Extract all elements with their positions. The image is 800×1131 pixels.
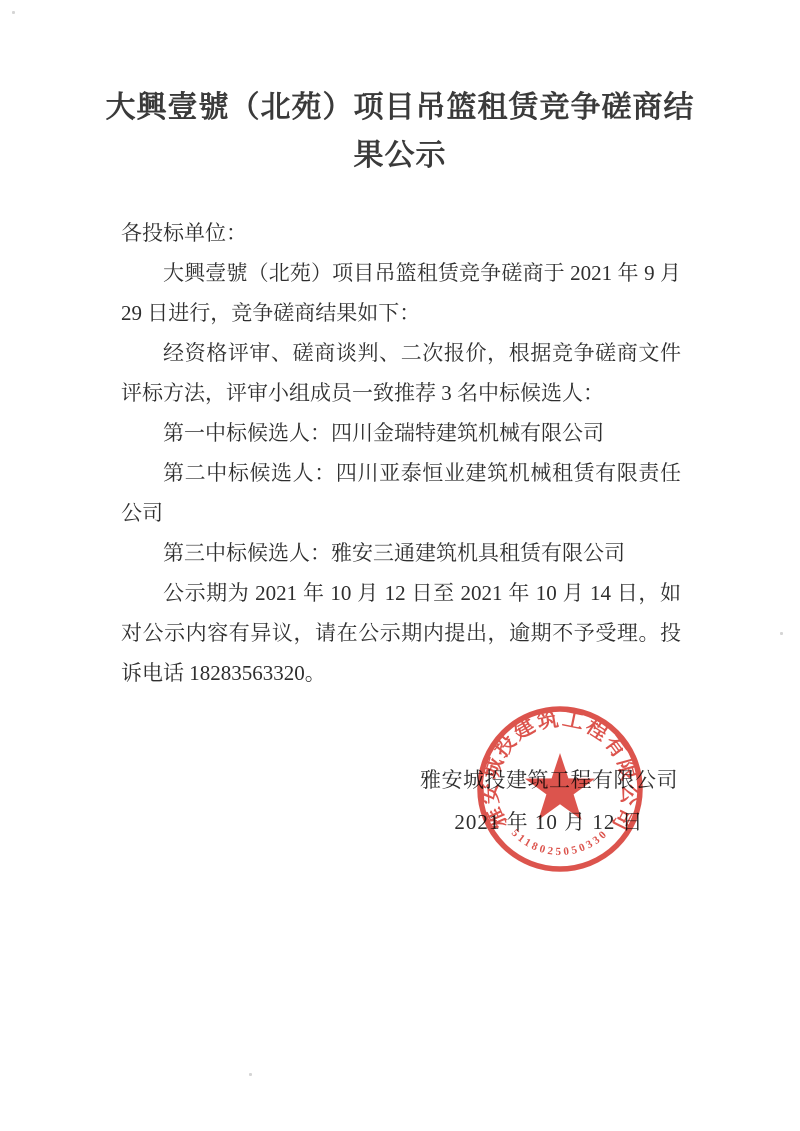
paragraph-candidate-1: 第一中标候选人：四川金瑞特建筑机械有限公司 [121,413,681,453]
scan-speck [780,632,783,635]
document-body: 各投标单位： 大興壹號（北苑）项目吊篮租赁竞争磋商于 2021 年 9 月 29… [121,213,681,693]
document-page: 大興壹號（北苑）项目吊篮租赁竞争磋商结 果公示 各投标单位： 大興壹號（北苑）项… [0,0,800,1131]
page-title-line1: 大興壹號（北苑）项目吊篮租赁竞争磋商结 [80,84,720,132]
paragraph-meeting-info: 大興壹號（北苑）项目吊篮租赁竞争磋商于 2021 年 9 月 29 日进行，竞争… [121,253,681,333]
page-title: 大興壹號（北苑）项目吊篮租赁竞争磋商结 果公示 [80,84,720,180]
signature-date: 2021 年 10 月 12 日 [420,801,678,843]
signature-block: 雅安城投建筑工程有限公司 2021 年 10 月 12 日 [420,759,678,843]
scan-speck [12,11,15,14]
scan-speck [249,1073,252,1076]
paragraph-candidate-2: 第二中标候选人：四川亚泰恒业建筑机械租赁有限责任公司 [121,453,681,533]
signature-company: 雅安城投建筑工程有限公司 [420,759,678,801]
page-title-line2: 果公示 [80,132,720,180]
paragraph-evaluation: 经资格评审、磋商谈判、二次报价，根据竞争磋商文件评标方法，评审小组成员一致推荐 … [121,333,681,413]
salutation: 各投标单位： [121,213,681,253]
paragraph-candidate-3: 第三中标候选人：雅安三通建筑机具租赁有限公司 [121,533,681,573]
paragraph-publicity-period: 公示期为 2021 年 10 月 12 日至 2021 年 10 月 14 日，… [121,573,681,693]
